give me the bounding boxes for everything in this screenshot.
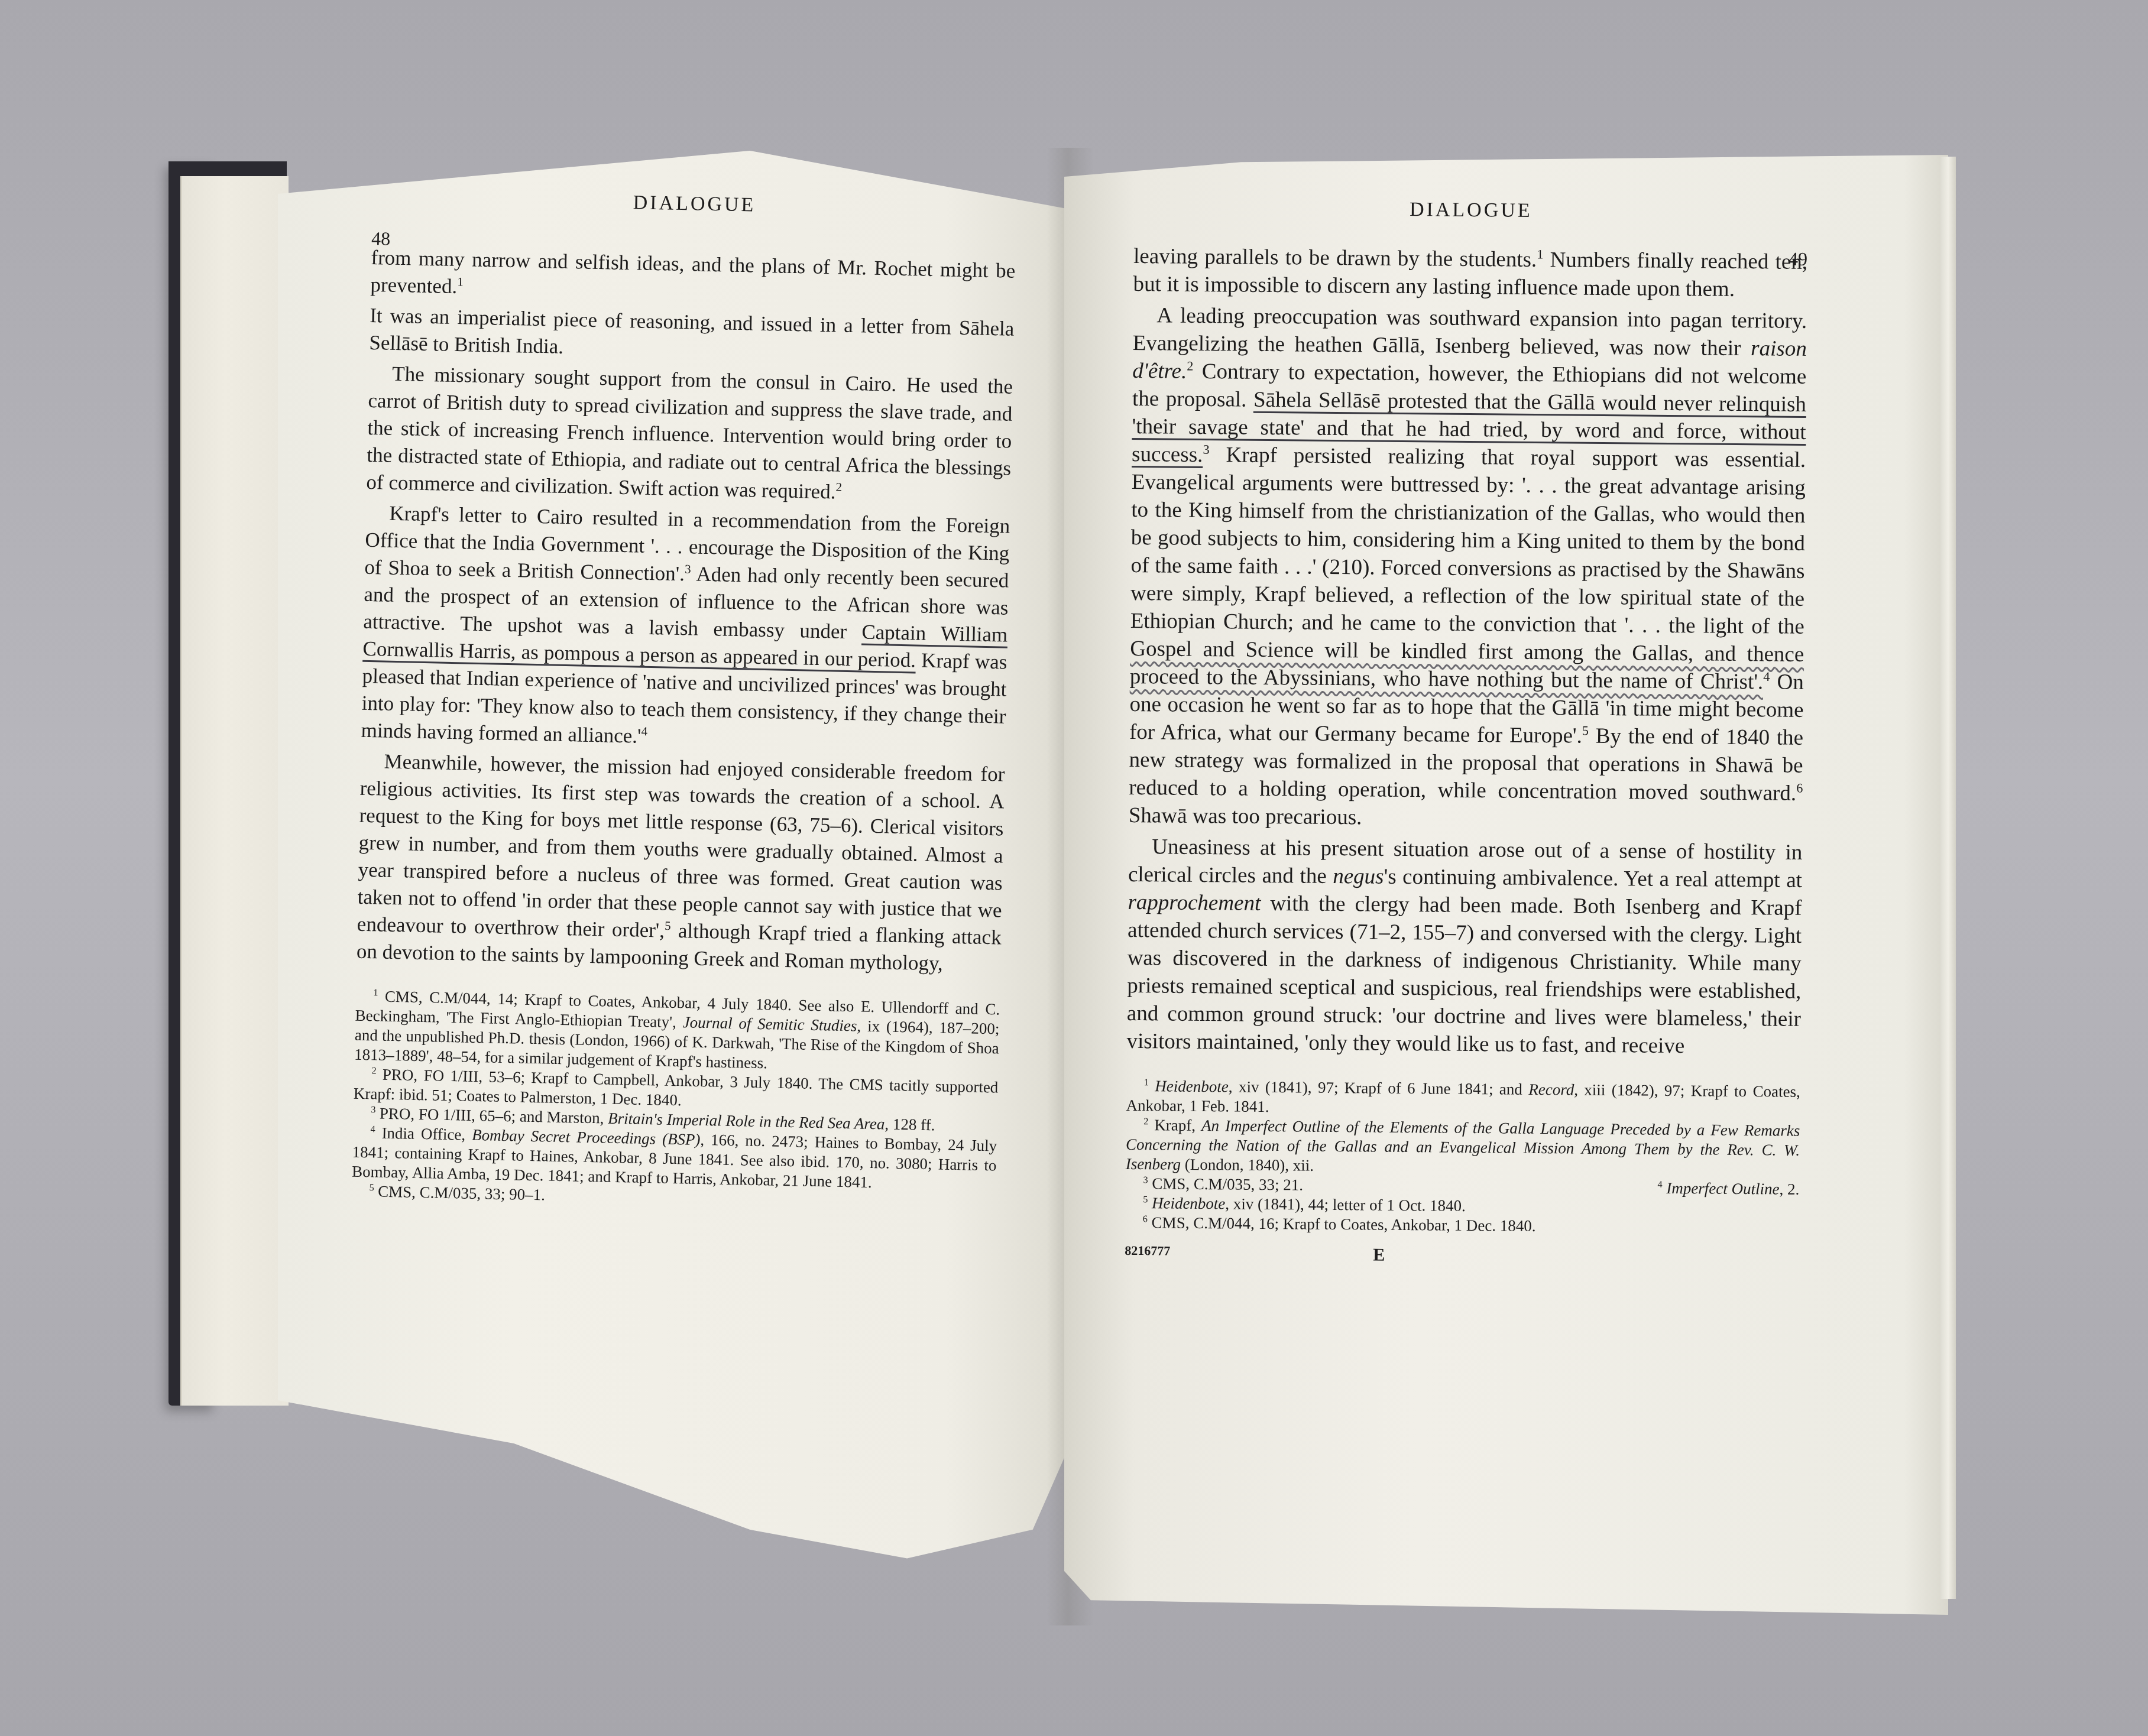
paragraph: The missionary sought support from the c… bbox=[366, 360, 1013, 510]
footnote: 1 Heidenbote, xiv (1841), 97; Krapf of 6… bbox=[1126, 1076, 1800, 1121]
paragraph: from many narrow and selfish ideas, and … bbox=[370, 244, 1016, 312]
left-body-text: from many narrow and selfish ideas, and … bbox=[356, 244, 1015, 979]
page-stack-right bbox=[1940, 157, 1956, 1599]
footnote: 1 CMS, C.M/044, 14; Krapf to Coates, Ank… bbox=[354, 987, 1000, 1078]
left-text-block: DIALOGUE 48 from many narrow and selfish… bbox=[351, 186, 1017, 1214]
right-footnotes: 1 Heidenbote, xiv (1841), 97; Krapf of 6… bbox=[1125, 1076, 1800, 1238]
right-page: DIALOGUE 49 leaving parallels to be draw… bbox=[1064, 155, 1948, 1615]
page-number-left: 48 bbox=[371, 228, 391, 250]
paragraph: Krapf's letter to Cairo resulted in a re… bbox=[361, 499, 1010, 758]
paragraph: It was an imperialist piece of reasoning… bbox=[369, 302, 1015, 370]
imprint-code: 8216777 bbox=[1125, 1243, 1373, 1266]
book-cover-top bbox=[169, 161, 287, 178]
paragraph: Meanwhile, however, the mission had enjo… bbox=[356, 748, 1005, 979]
footnote: 2 Krapf, An Imperfect Outline of the Ele… bbox=[1126, 1115, 1800, 1180]
right-body-text: leaving parallels to be drawn by the stu… bbox=[1126, 242, 1807, 1061]
running-head-right: DIALOGUE bbox=[1134, 196, 1808, 225]
paragraph: leaving parallels to be drawn by the stu… bbox=[1133, 242, 1807, 304]
footnote: 3 CMS, C.M/035, 33; 21. bbox=[1125, 1174, 1303, 1195]
paragraph: Uneasiness at his present situation aros… bbox=[1126, 833, 1802, 1061]
footnote: 4 Imperfect Outline, 2. bbox=[1640, 1179, 1799, 1199]
right-text-block: DIALOGUE 49 leaving parallels to be draw… bbox=[1125, 196, 1808, 1269]
page-stack-left bbox=[180, 176, 289, 1406]
printer-imprint: 8216777 E bbox=[1125, 1243, 1799, 1269]
signature-mark: E bbox=[1373, 1245, 1385, 1266]
wavy-underline-gospel: Gospel and Science will be kindled first… bbox=[1130, 637, 1804, 694]
left-page: DIALOGUE 48 from many narrow and selfish… bbox=[278, 151, 1064, 1587]
running-head-left: DIALOGUE bbox=[372, 186, 1017, 222]
left-footnotes: 1 CMS, C.M/044, 14; Krapf to Coates, Ank… bbox=[351, 987, 1000, 1215]
paragraph: A leading preoccupation was southward ex… bbox=[1129, 301, 1807, 835]
page-number-right: 49 bbox=[1789, 248, 1807, 270]
